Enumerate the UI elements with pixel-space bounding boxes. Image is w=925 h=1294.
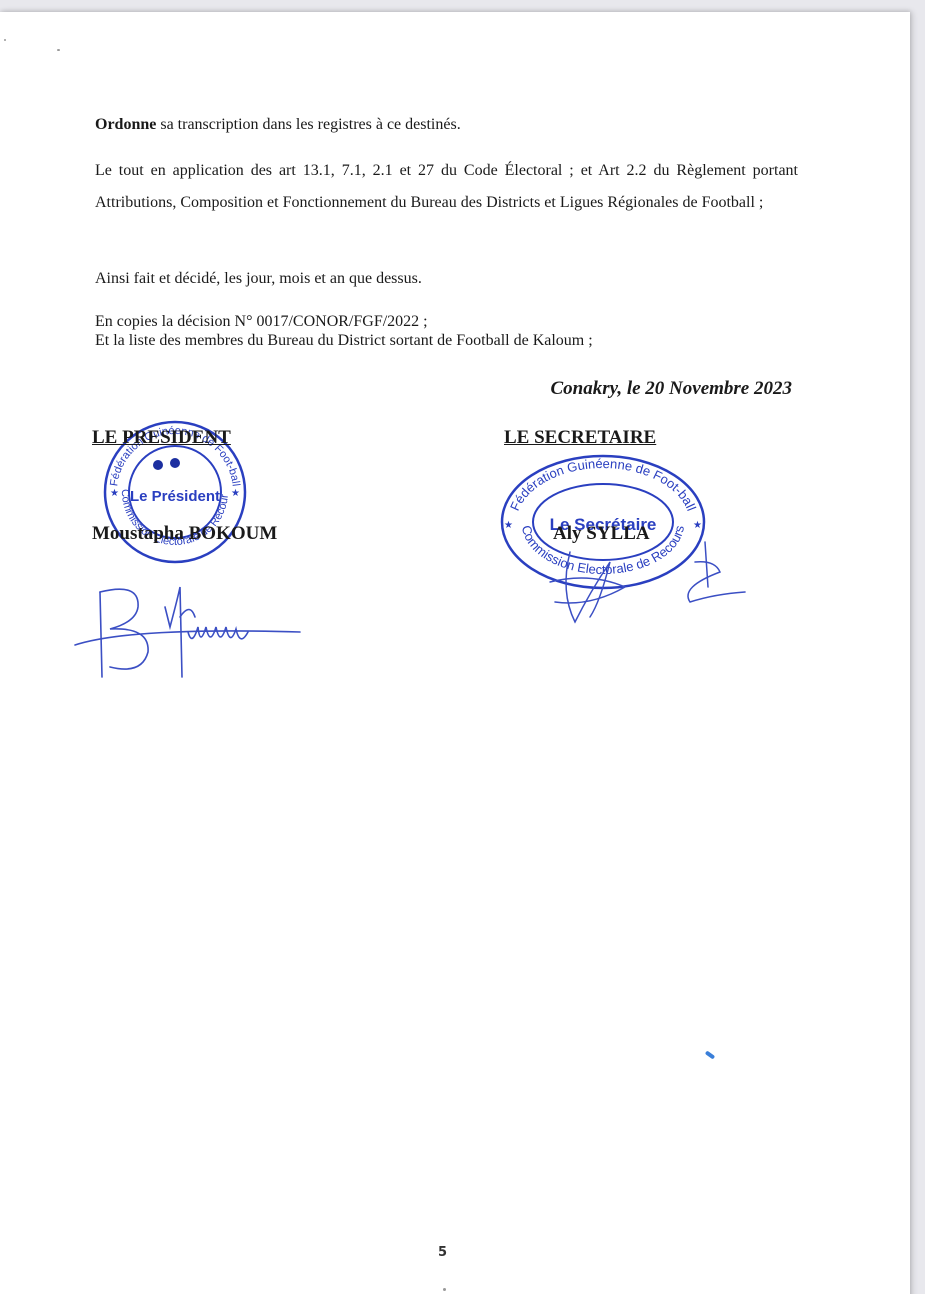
document-page: Ordonne sa transcription dans les regist… <box>0 12 910 1294</box>
scan-speck <box>443 1288 446 1291</box>
paragraph-application: Le tout en application des art 13.1, 7.1… <box>95 155 798 219</box>
place-date: Conakry, le 20 Novembre 2023 <box>550 378 792 400</box>
svg-text:★: ★ <box>231 488 240 499</box>
president-name: Moustapha BOKOUM <box>92 523 277 545</box>
page-number: 5 <box>438 1245 447 1260</box>
ink-mark <box>705 1050 715 1059</box>
svg-text:★: ★ <box>504 520 513 531</box>
svg-text:★: ★ <box>693 520 702 531</box>
copies-line-2: Et la liste des membres du Bureau du Dis… <box>95 331 798 350</box>
paragraph-ainsi: Ainsi fait et décidé, les jour, mois et … <box>95 270 798 288</box>
secretary-title: LE SECRETAIRE <box>504 427 656 449</box>
president-signature <box>70 577 310 687</box>
scan-speck <box>57 49 60 51</box>
scan-speck <box>4 39 6 41</box>
secretary-signature <box>530 532 760 632</box>
president-title: LE PRESIDENT <box>92 427 231 449</box>
copies-line-1: En copies la décision N° 0017/CONOR/FGF/… <box>95 312 798 331</box>
bold-lead: Ordonne <box>95 116 156 133</box>
svg-text:★: ★ <box>110 488 119 499</box>
svg-text:Le Président: Le Président <box>130 488 220 505</box>
paragraph-text: sa transcription dans les registres à ce… <box>156 116 460 133</box>
paragraph-ordonne: Ordonne sa transcription dans les regist… <box>95 116 798 134</box>
